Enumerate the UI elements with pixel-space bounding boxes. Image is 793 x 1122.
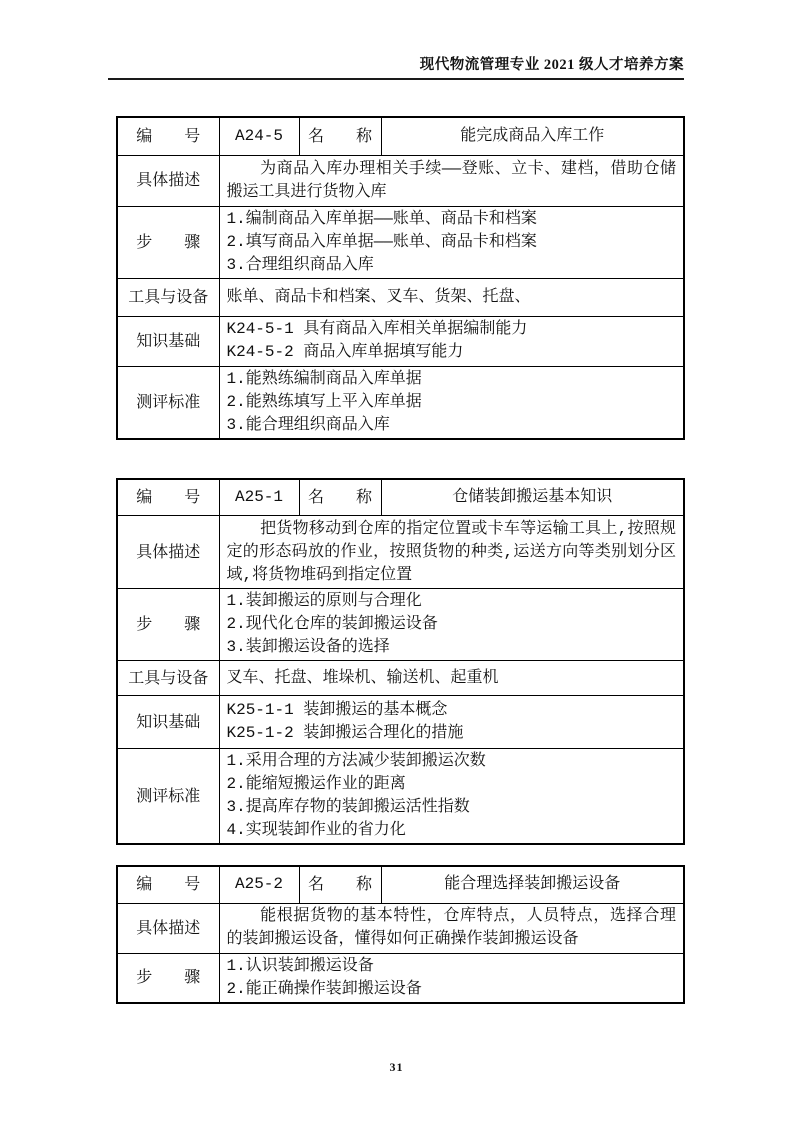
criteria-item: 1.能熟练编制商品入库单据	[227, 368, 677, 391]
criteria-item: 3.提高库存物的装卸搬运活性指数	[227, 796, 677, 819]
steps-value: 1.编制商品入库单据——账单、商品卡和档案 2.填写商品入库单据——账单、商品卡…	[219, 206, 684, 278]
row-code: 编 号 A25-2 名 称 能合理选择装卸搬运设备	[117, 866, 684, 903]
description-value: 能根据货物的基本特性，仓库特点，人员特点，选择合理的装卸搬运设备，懂得如何正确操…	[219, 903, 684, 953]
row-knowledge: 知识基础 K24-5-1 具有商品入库相关单据编制能力 K24-5-2 商品入库…	[117, 316, 684, 366]
knowledge-item: K25-1-1 装卸搬运的基本概念	[227, 699, 677, 722]
knowledge-value: K24-5-1 具有商品入库相关单据编制能力 K24-5-2 商品入库单据填写能…	[219, 316, 684, 366]
step-item: 1.编制商品入库单据——账单、商品卡和档案	[227, 208, 677, 231]
row-description: 具体描述 能根据货物的基本特性，仓库特点，人员特点，选择合理的装卸搬运设备，懂得…	[117, 903, 684, 953]
criteria-label: 测评标准	[117, 366, 219, 439]
knowledge-item: K24-5-1 具有商品入库相关单据编制能力	[227, 318, 677, 341]
row-tools: 工具与设备 叉车、托盘、堆垛机、输送机、起重机	[117, 661, 684, 696]
row-criteria: 测评标准 1.采用合理的方法减少装卸搬运次数 2.能缩短搬运作业的距离 3.提高…	[117, 749, 684, 845]
task-table-a24-5: 编 号 A24-5 名 称 能完成商品入库工作 具体描述 为商品入库办理相关手续…	[116, 116, 685, 440]
step-item: 1.装卸搬运的原则与合理化	[227, 590, 677, 613]
row-steps: 步 骤 1.认识装卸搬运设备 2.能正确操作装卸搬运设备	[117, 953, 684, 1003]
description-text: 能根据货物的基本特性，仓库特点，人员特点，选择合理的装卸搬运设备，懂得如何正确操…	[227, 905, 677, 951]
description-label: 具体描述	[117, 516, 219, 589]
criteria-item: 2.能缩短搬运作业的距离	[227, 773, 677, 796]
step-item: 1.认识装卸搬运设备	[227, 955, 677, 978]
code-label: 编 号	[117, 479, 219, 516]
name-value: 仓储装卸搬运基本知识	[381, 479, 684, 516]
document-page: 现代物流管理专业 2021 级人才培养方案 编 号 A24-5 名 称 能完成商…	[0, 0, 793, 1122]
criteria-item: 3.能合理组织商品入库	[227, 414, 677, 437]
name-label: 名 称	[299, 866, 381, 903]
code-label: 编 号	[117, 117, 219, 155]
steps-label: 步 骤	[117, 206, 219, 278]
name-value: 能完成商品入库工作	[381, 117, 684, 155]
criteria-value: 1.采用合理的方法减少装卸搬运次数 2.能缩短搬运作业的距离 3.提高库存物的装…	[219, 749, 684, 845]
tools-label: 工具与设备	[117, 278, 219, 316]
row-steps: 步 骤 1.装卸搬运的原则与合理化 2.现代化仓库的装卸搬运设备 3.装卸搬运设…	[117, 589, 684, 661]
code-label: 编 号	[117, 866, 219, 903]
tools-value: 叉车、托盘、堆垛机、输送机、起重机	[219, 661, 684, 696]
step-item: 2.填写商品入库单据——账单、商品卡和档案	[227, 231, 677, 254]
row-steps: 步 骤 1.编制商品入库单据——账单、商品卡和档案 2.填写商品入库单据——账单…	[117, 206, 684, 278]
code-value: A25-2	[219, 866, 299, 903]
description-value: 把货物移动到仓库的指定位置或卡车等运输工具上,按照规定的形态码放的作业，按照货物…	[219, 516, 684, 589]
page-header-title: 现代物流管理专业 2021 级人才培养方案	[108, 0, 684, 75]
steps-value: 1.认识装卸搬运设备 2.能正确操作装卸搬运设备	[219, 953, 684, 1003]
name-label: 名 称	[299, 479, 381, 516]
description-label: 具体描述	[117, 155, 219, 206]
steps-value: 1.装卸搬运的原则与合理化 2.现代化仓库的装卸搬运设备 3.装卸搬运设备的选择	[219, 589, 684, 661]
knowledge-label: 知识基础	[117, 316, 219, 366]
task-table-a25-1: 编 号 A25-1 名 称 仓储装卸搬运基本知识 具体描述 把货物移动到仓库的指…	[116, 478, 685, 846]
row-code: 编 号 A24-5 名 称 能完成商品入库工作	[117, 117, 684, 155]
criteria-value: 1.能熟练编制商品入库单据 2.能熟练填写上平入库单据 3.能合理组织商品入库	[219, 366, 684, 439]
row-description: 具体描述 为商品入库办理相关手续——登账、立卡、建档，借助仓储搬运工具进行货物入…	[117, 155, 684, 206]
row-knowledge: 知识基础 K25-1-1 装卸搬运的基本概念 K25-1-2 装卸搬运合理化的措…	[117, 696, 684, 749]
name-value: 能合理选择装卸搬运设备	[381, 866, 684, 903]
tools-value: 账单、商品卡和档案、叉车、货架、托盘、	[219, 278, 684, 316]
step-item: 2.现代化仓库的装卸搬运设备	[227, 613, 677, 636]
step-item: 3.装卸搬运设备的选择	[227, 636, 677, 659]
code-value: A24-5	[219, 117, 299, 155]
criteria-item: 1.采用合理的方法减少装卸搬运次数	[227, 750, 677, 773]
knowledge-item: K25-1-2 装卸搬运合理化的措施	[227, 722, 677, 745]
knowledge-value: K25-1-1 装卸搬运的基本概念 K25-1-2 装卸搬运合理化的措施	[219, 696, 684, 749]
code-value: A25-1	[219, 479, 299, 516]
description-label: 具体描述	[117, 903, 219, 953]
header-double-rule	[108, 78, 684, 80]
criteria-item: 2.能熟练填写上平入库单据	[227, 391, 677, 414]
row-code: 编 号 A25-1 名 称 仓储装卸搬运基本知识	[117, 479, 684, 516]
criteria-item: 4.实现装卸作业的省力化	[227, 819, 677, 842]
page-number: 31	[0, 1060, 793, 1075]
steps-label: 步 骤	[117, 589, 219, 661]
knowledge-label: 知识基础	[117, 696, 219, 749]
step-item: 2.能正确操作装卸搬运设备	[227, 978, 677, 1001]
steps-label: 步 骤	[117, 953, 219, 1003]
name-label: 名 称	[299, 117, 381, 155]
description-text: 为商品入库办理相关手续——登账、立卡、建档，借助仓储搬运工具进行货物入库	[227, 158, 677, 204]
task-table-a25-2: 编 号 A25-2 名 称 能合理选择装卸搬运设备 具体描述 能根据货物的基本特…	[116, 865, 685, 1004]
step-item: 3.合理组织商品入库	[227, 254, 677, 277]
criteria-label: 测评标准	[117, 749, 219, 845]
row-description: 具体描述 把货物移动到仓库的指定位置或卡车等运输工具上,按照规定的形态码放的作业…	[117, 516, 684, 589]
description-value: 为商品入库办理相关手续——登账、立卡、建档，借助仓储搬运工具进行货物入库	[219, 155, 684, 206]
tools-label: 工具与设备	[117, 661, 219, 696]
row-tools: 工具与设备 账单、商品卡和档案、叉车、货架、托盘、	[117, 278, 684, 316]
row-criteria: 测评标准 1.能熟练编制商品入库单据 2.能熟练填写上平入库单据 3.能合理组织…	[117, 366, 684, 439]
description-text: 把货物移动到仓库的指定位置或卡车等运输工具上,按照规定的形态码放的作业，按照货物…	[227, 518, 677, 587]
knowledge-item: K24-5-2 商品入库单据填写能力	[227, 341, 677, 364]
